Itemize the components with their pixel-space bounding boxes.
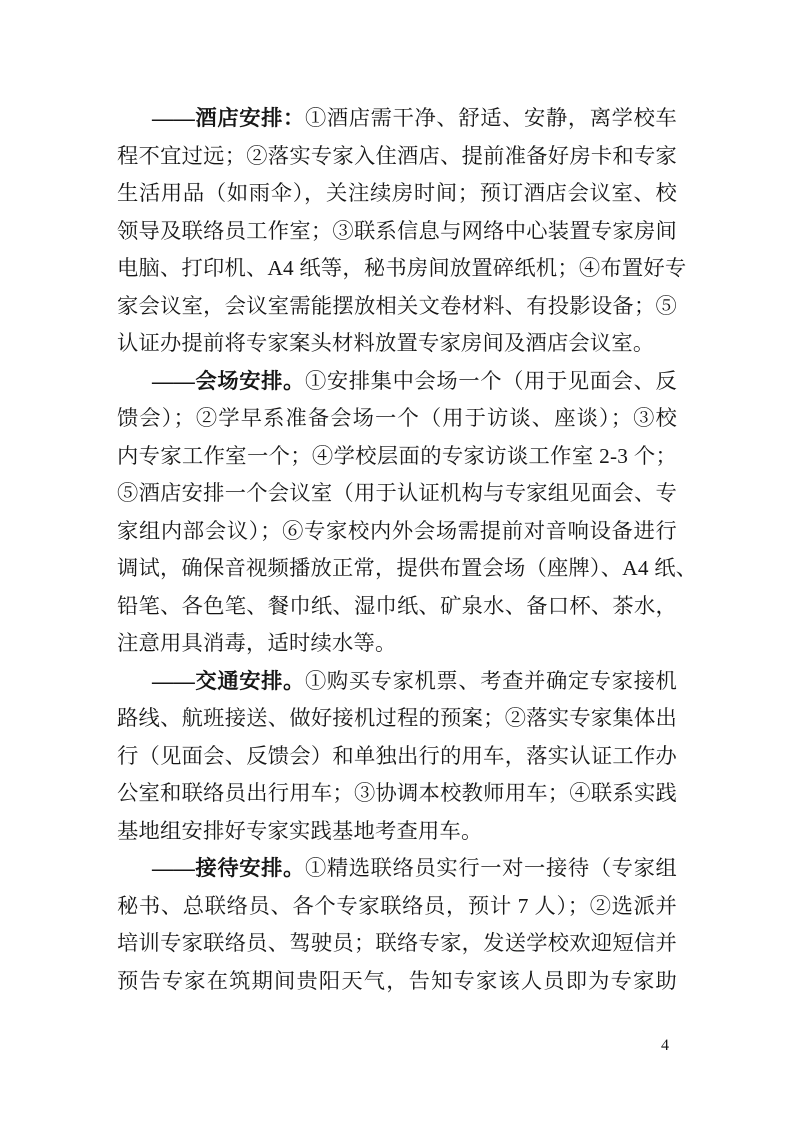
text-line: 行（见面会、反馈会）和单独出行的用车，落实认证工作办 — [117, 738, 677, 776]
paragraph-transport-arrangement: ——交通安排。①购买专家机票、考查并确定专家接机 路线、航班接送、做好接机过程的… — [117, 663, 677, 851]
text-line: 家会议室，会议室需能摆放相关文卷材料、有投影设备；⑤ — [117, 288, 677, 326]
paragraph-first-line-text: ①精选联络员实行一对一接待（专家组 — [305, 856, 677, 880]
text-line: ——酒店安排：①酒店需干净、舒适、安静，离学校车 — [117, 100, 677, 138]
paragraph-first-line-text: ①购买专家机票、考查并确定专家接机 — [305, 669, 677, 693]
text-line: 调试，确保音视频播放正常，提供布置会场（座牌）、A4 纸、 — [117, 550, 677, 588]
text-line: 预告专家在筑期间贵阳天气，告知专家该人员即为专家助 — [117, 963, 677, 1001]
document-body: ——酒店安排：①酒店需干净、舒适、安静，离学校车 程不宜过远；②落实专家入住酒店… — [117, 100, 677, 1000]
text-line: 基地组安排好专家实践基地考查用车。 — [117, 813, 677, 851]
text-line: 内专家工作室一个；④学校层面的专家访谈工作室 2-3 个； — [117, 438, 677, 476]
paragraph-venue-arrangement: ——会场安排。①安排集中会场一个（用于见面会、反 馈会）；②学早系准备会场一个（… — [117, 363, 677, 663]
paragraph-hotel-arrangement: ——酒店安排：①酒店需干净、舒适、安静，离学校车 程不宜过远；②落实专家入住酒店… — [117, 100, 677, 363]
text-line: 电脑、打印机、A4 纸等，秘书房间放置碎纸机；④布置好专 — [117, 250, 677, 288]
text-line: ⑤酒店安排一个会议室（用于认证机构与专家组见面会、专 — [117, 475, 677, 513]
paragraph-first-line-text: ①安排集中会场一个（用于见面会、反 — [305, 369, 677, 393]
text-line: 认证办提前将专家案头材料放置专家房间及酒店会议室。 — [117, 325, 677, 363]
page-number: 4 — [652, 1036, 678, 1056]
paragraph-heading: ——会场安排。 — [152, 369, 305, 393]
text-line: 注意用具消毒，适时续水等。 — [117, 625, 677, 663]
text-line: ——会场安排。①安排集中会场一个（用于见面会、反 — [117, 363, 677, 401]
paragraph-heading: ——接待安排。 — [152, 856, 305, 880]
text-line: 铅笔、各色笔、餐巾纸、湿巾纸、矿泉水、备口杯、茶水， — [117, 588, 677, 626]
paragraph-reception-arrangement: ——接待安排。①精选联络员实行一对一接待（专家组 秘书、总联络员、各个专家联络员… — [117, 850, 677, 1000]
text-line: 领导及联络员工作室；③联系信息与网络中心装置专家房间 — [117, 213, 677, 251]
text-line: 路线、航班接送、做好接机过程的预案；②落实专家集体出 — [117, 700, 677, 738]
text-line: 馈会）；②学早系准备会场一个（用于访谈、座谈）；③校 — [117, 400, 677, 438]
text-line: ——接待安排。①精选联络员实行一对一接待（专家组 — [117, 850, 677, 888]
paragraph-first-line-text: ①酒店需干净、舒适、安静，离学校车 — [305, 106, 677, 130]
text-line: 培训专家联络员、驾驶员；联络专家，发送学校欢迎短信并 — [117, 925, 677, 963]
text-line: 公室和联络员出行用车；③协调本校教师用车；④联系实践 — [117, 775, 677, 813]
paragraph-heading: ——交通安排。 — [152, 669, 305, 693]
text-line: ——交通安排。①购买专家机票、考查并确定专家接机 — [117, 663, 677, 701]
text-line: 秘书、总联络员、各个专家联络员，预计 7 人）；②选派并 — [117, 888, 677, 926]
text-line: 程不宜过远；②落实专家入住酒店、提前准备好房卡和专家 — [117, 138, 677, 176]
text-line: 家组内部会议）；⑥专家校内外会场需提前对音响设备进行 — [117, 513, 677, 551]
document-page: ——酒店安排：①酒店需干净、舒适、安静，离学校车 程不宜过远；②落实专家入住酒店… — [0, 0, 793, 1122]
text-line: 生活用品（如雨伞），关注续房时间；预订酒店会议室、校 — [117, 175, 677, 213]
paragraph-heading: ——酒店安排： — [152, 106, 305, 130]
